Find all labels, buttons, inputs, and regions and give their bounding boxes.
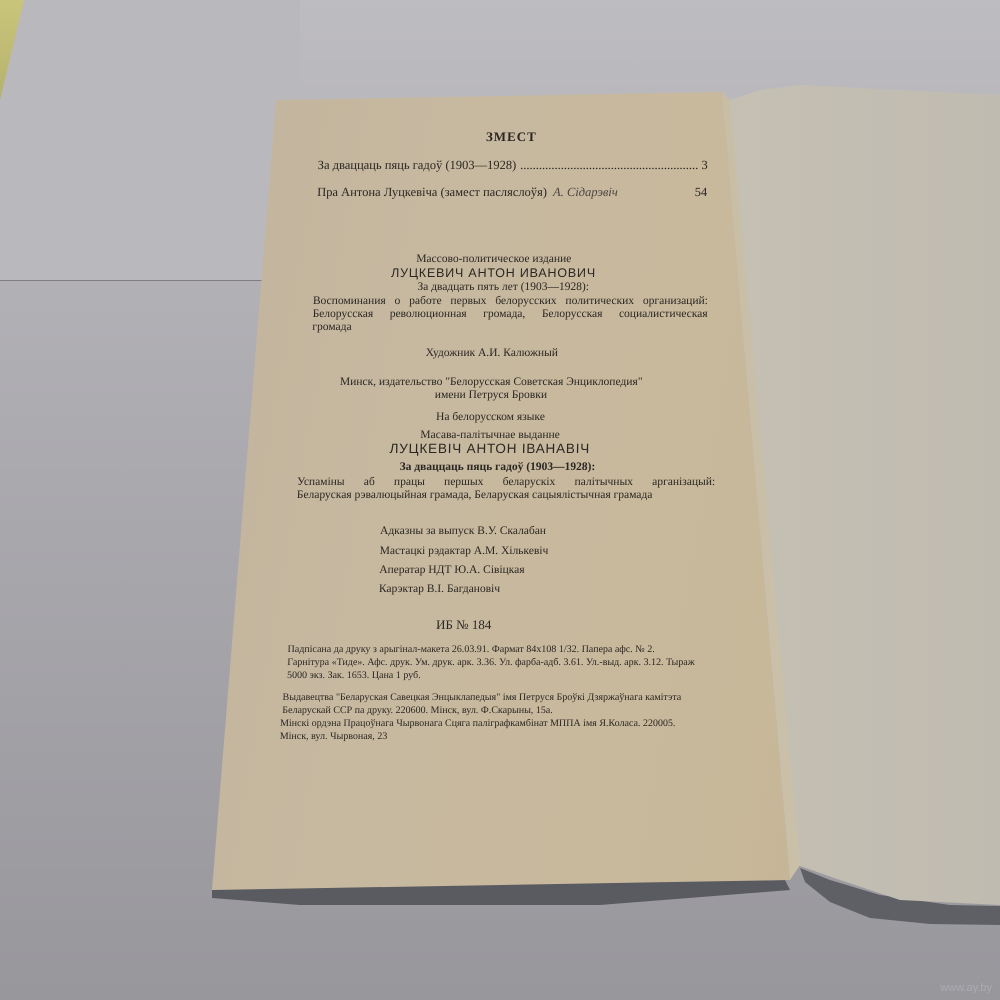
page-content: ЗМЕСТ За дваццаць пяць гадоў (1903—1928)…: [263, 120, 756, 760]
toc-entry-title: Пра Антона Луцкевіча (замест пасляслоўя): [317, 185, 547, 199]
author-name-ru: ЛУЦКЕВИЧ АНТОН ИВАНОВИЧ: [273, 266, 713, 280]
publisher-imprint-line: Беларускай ССР па друку. 220600. Мінск, …: [282, 705, 553, 718]
publisher-imprint-line: Мінск, вул. Чырвоная, 23: [280, 731, 388, 744]
toc-entry[interactable]: Пра Антона Луцкевіча (замест пасляслоўя)…: [317, 185, 707, 199]
toc-leader-dots: [520, 158, 698, 172]
publisher-ru-line: имени Петруся Бровки: [271, 388, 711, 402]
watermark: www.ay.by: [940, 982, 992, 994]
imprint-line: Гарнітура «Тиде». Афс. друк. Ум. друк. а…: [287, 657, 695, 670]
book-title-by: За дваццаць пяць гадоў (1903—1928):: [277, 460, 717, 474]
toc-entry[interactable]: За дваццаць пяць гадоў (1903—1928) 3: [318, 158, 708, 172]
book-title-ru: За двадцать пять лет (1903—1928):: [283, 280, 723, 294]
subtitle-ru-line: Белорусская революционная громада, Белор…: [312, 307, 707, 321]
publisher-imprint-line: Мінскі ордэна Працоўнага Чырвонага Сцяга…: [280, 718, 676, 731]
imprint-line: Падпісана да друку з арыгінал-макета 26.…: [287, 644, 654, 657]
toc-entry-title: За дваццаць пяць гадоў (1903—1928): [318, 158, 517, 172]
toc-entry-page: 3: [701, 158, 708, 172]
subtitle-by-line: Беларуская рэвалюцыйная грамада, Беларус…: [297, 488, 653, 502]
credit-line: Мастацкі рэдактар А.М. Хількевіч: [380, 544, 549, 558]
imprint-line: 5000 экз. Зак. 1653. Цана 1 руб.: [287, 670, 421, 683]
toc-entry-author: А. Сідарэвіч: [553, 185, 695, 199]
subtitle-ru-line: громада: [312, 320, 352, 334]
artist-credit-ru: Художник А.И. Калюжный: [272, 346, 712, 360]
credit-line: Аператар НДТ Ю.А. Сівіцкая: [379, 563, 525, 577]
subtitle-by-line: Успаміны аб працы першых беларускіх палі…: [297, 475, 715, 489]
subtitle-ru-line: Воспоминания о работе первых белорусских…: [313, 294, 708, 308]
publisher-imprint-line: Выдавецтва "Беларуская Савецкая Энцыклап…: [282, 692, 681, 705]
credit-line: Карэктар В.І. Багдановіч: [379, 582, 500, 596]
credit-line: Адказны за выпуск В.У. Скалабан: [380, 524, 546, 538]
publisher-ru-line: Минск, издательство "Белорусская Советск…: [271, 375, 711, 389]
language-note: На белорусском языке: [270, 410, 710, 424]
toc-title: ЗМЕСТ: [276, 130, 746, 144]
edition-type-by: Масава-палітычнае выданне: [270, 428, 710, 442]
author-name-by: ЛУЦКЕВІЧ АНТОН ІВАНАВІЧ: [270, 442, 710, 456]
photo-scene: ЗМЕСТ За дваццаць пяць гадоў (1903—1928)…: [0, 0, 1000, 1000]
edition-type-ru: Массово-политическое издание: [274, 252, 714, 266]
background-sheet: [0, 0, 300, 281]
ib-number: ИБ № 184: [436, 618, 492, 632]
toc-entry-page: 54: [695, 185, 708, 199]
